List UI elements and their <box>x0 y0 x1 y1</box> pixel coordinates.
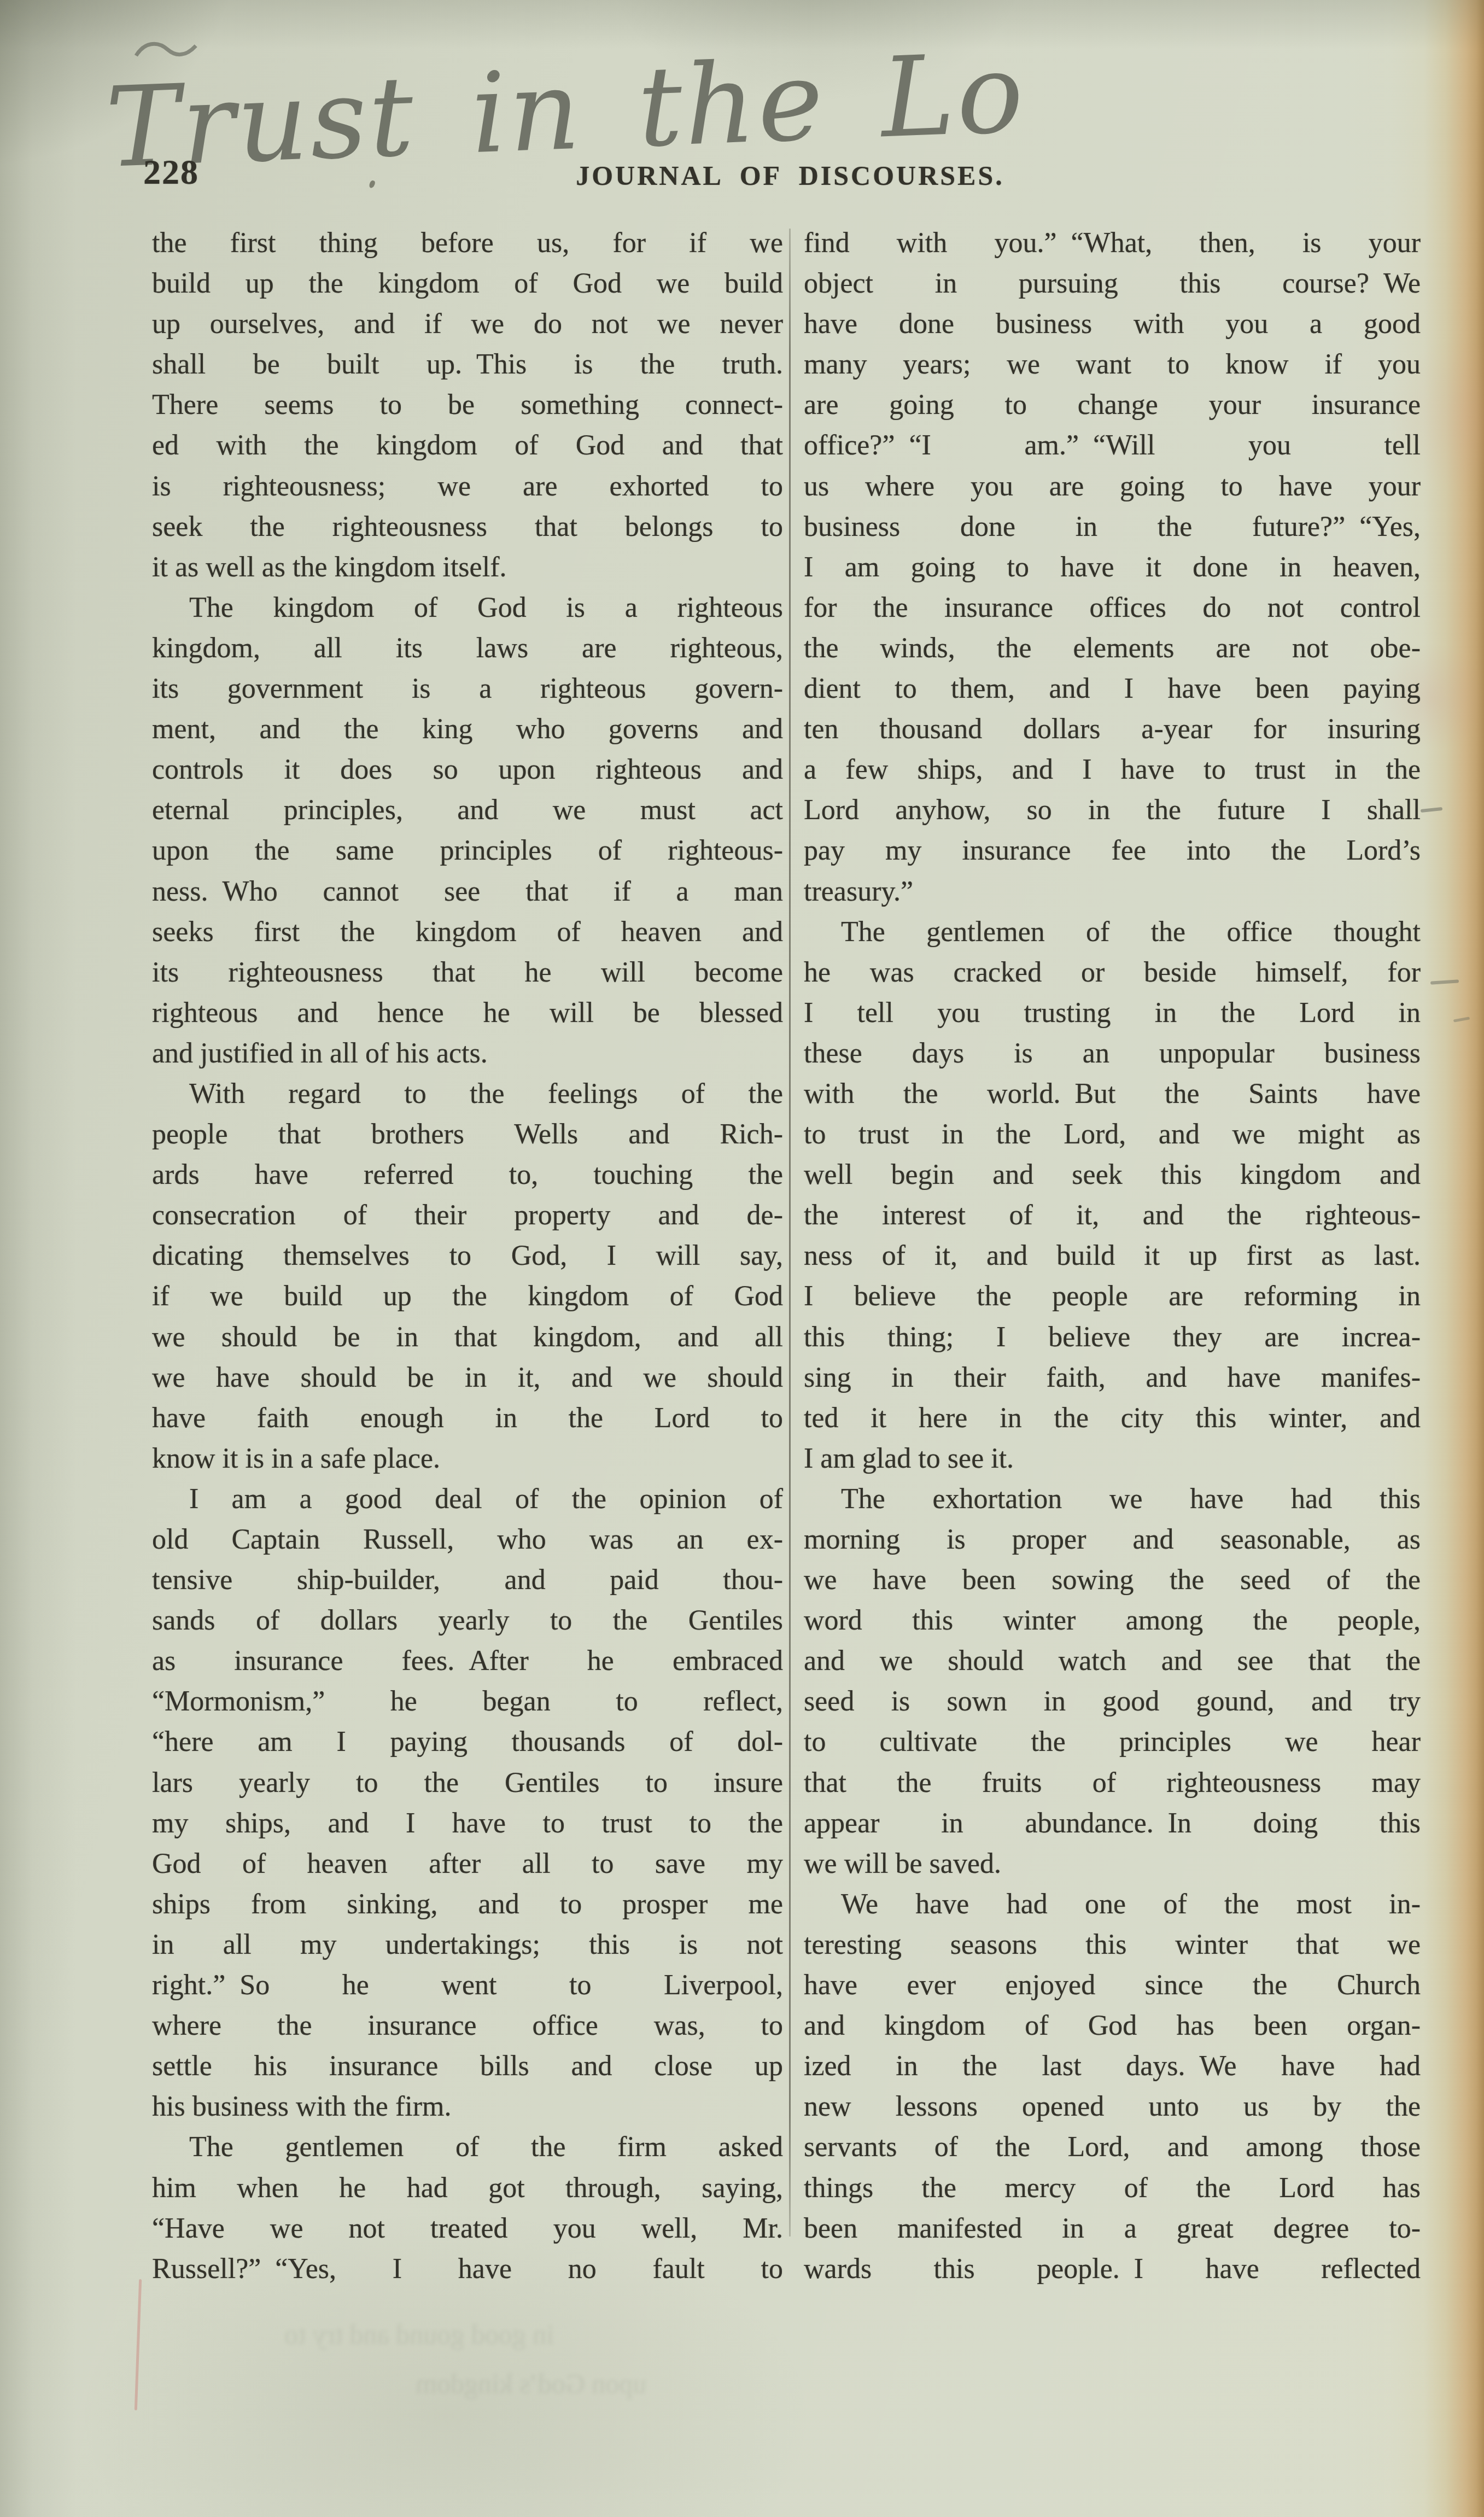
pencil-margin-mark <box>1453 1017 1470 1022</box>
text-line: people that brothers Wells and Rich- <box>152 1114 783 1155</box>
text-line: I am a good deal of the opinion of <box>152 1479 783 1520</box>
text-line: right.” So he went to Liverpool, <box>152 1965 783 2006</box>
page-showthrough: upon God’s kingdom <box>416 2368 646 2399</box>
text-line: and kingdom of God has been organ- <box>804 2006 1421 2046</box>
page-number: 228 <box>143 152 199 192</box>
text-line: word this winter among the people, <box>804 1601 1421 1641</box>
text-line: I believe the people are reforming in <box>804 1276 1421 1317</box>
text-line: seeks first the kingdom of heaven and <box>152 912 783 953</box>
text-line: tensive ship-builder, and paid thou- <box>152 1560 783 1601</box>
text-line: eternal principles, and we must act <box>152 790 783 831</box>
text-line: is righteousness; we are exhorted to <box>152 466 783 507</box>
text-line: “Mormonism,” he began to reflect, <box>152 1681 783 1722</box>
text-line: wards this people. I have reflected <box>804 2249 1421 2290</box>
text-line: to trust in the Lord, and we might as <box>804 1114 1421 1155</box>
text-line: we have should be in it, and we should <box>152 1358 783 1398</box>
text-line: with the world. But the Saints have <box>804 1074 1421 1114</box>
text-line: treasury.” <box>804 872 1421 912</box>
text-line: “here am I paying thousands of dol- <box>152 1722 783 1762</box>
text-line: teresting seasons this winter that we <box>804 1925 1421 1965</box>
text-line: pay my insurance fee into the Lord’s <box>804 831 1421 871</box>
right-column: find with you.” “What, then, is yourobje… <box>804 223 1421 2290</box>
text-line: this thing; I believe they are increa- <box>804 1317 1421 1358</box>
text-line: its righteousness that he will become <box>152 953 783 993</box>
text-line: for the insurance offices do not control <box>804 588 1421 628</box>
text-line: With regard to the feelings of the <box>152 1074 783 1114</box>
text-line: he was cracked or beside himself, for <box>804 953 1421 993</box>
text-line: morning is proper and seasonable, as <box>804 1520 1421 1560</box>
text-line: ships from sinking, and to prosper me <box>152 1884 783 1925</box>
text-line: The kingdom of God is a righteous <box>152 588 783 628</box>
text-line: dient to them, and I have been paying <box>804 669 1421 709</box>
text-line: we will be saved. <box>804 1844 1421 1884</box>
text-line: ness. Who cannot see that if a man <box>152 872 783 912</box>
text-line: where the insurance office was, to <box>152 2006 783 2046</box>
text-line: sands of dollars yearly to the Gentiles <box>152 1601 783 1641</box>
text-line: The exhortation we have had this <box>804 1479 1421 1520</box>
text-line: business done in the future?” “Yes, <box>804 507 1421 547</box>
text-line: build up the kingdom of God we build <box>152 264 783 304</box>
text-line: ness of it, and build it up first as las… <box>804 1236 1421 1276</box>
text-line: There seems to be something connect- <box>152 385 783 425</box>
text-line: I tell you trusting in the Lord in <box>804 993 1421 1033</box>
text-line: its government is a righteous govern- <box>152 669 783 709</box>
text-line: shall be built up. This is the truth. <box>152 344 783 385</box>
text-line: The gentlemen of the firm asked <box>152 2127 783 2168</box>
text-line: ized in the last days. We have had <box>804 2046 1421 2087</box>
text-line: Russell?” “Yes, I have no fault to <box>152 2249 783 2290</box>
pencil-margin-mark <box>1421 807 1442 813</box>
text-line: We have had one of the most in- <box>804 1884 1421 1925</box>
text-line: Lord anyhow, so in the future I shall <box>804 790 1421 831</box>
page-showthrough: in good gound and try to <box>284 2319 554 2350</box>
text-line: in all my undertakings; this is not <box>152 1925 783 1965</box>
text-line: up ourselves, and if we do not we never <box>152 304 783 344</box>
text-line: that the fruits of righteousness may <box>804 1763 1421 1803</box>
text-line: and we should watch and see that the <box>804 1641 1421 1681</box>
text-line: the first thing before us, for if we <box>152 223 783 264</box>
text-line: I am glad to see it. <box>804 1439 1421 1479</box>
text-line: sing in their faith, and have manifes- <box>804 1358 1421 1398</box>
text-line: God of heaven after all to save my <box>152 1844 783 1884</box>
pencil-margin-mark <box>1430 979 1459 985</box>
text-line: ted it here in the city this winter, and <box>804 1398 1421 1439</box>
text-line: lars yearly to the Gentiles to insure <box>152 1763 783 1803</box>
text-line: these days is an unpopular business <box>804 1033 1421 1074</box>
text-line: things the mercy of the Lord has <box>804 2168 1421 2209</box>
text-line: find with you.” “What, then, is your <box>804 223 1421 264</box>
text-line: as insurance fees. After he embraced <box>152 1641 783 1681</box>
text-line: the interest of it, and the righteous- <box>804 1195 1421 1236</box>
column-divider-rule <box>789 229 791 2236</box>
text-line: settle his insurance bills and close up <box>152 2046 783 2087</box>
text-line: office?” “I am.” “Will you tell <box>804 425 1421 466</box>
text-line: are going to change your insurance <box>804 385 1421 425</box>
text-line: his business with the firm. <box>152 2087 783 2127</box>
text-line: controls it does so upon righteous and <box>152 750 783 790</box>
text-line: a few ships, and I have to trust in the <box>804 750 1421 790</box>
text-line: the winds, the elements are not obe- <box>804 628 1421 669</box>
left-column: the first thing before us, for if webuil… <box>152 223 783 2290</box>
text-line: many years; we want to know if you <box>804 344 1421 385</box>
text-line: kingdom, all its laws are righteous, <box>152 628 783 669</box>
text-line: ed with the kingdom of God and that <box>152 425 783 466</box>
text-line: appear in abundance. In doing this <box>804 1803 1421 1844</box>
text-line: ten thousand dollars a-year for insuring <box>804 709 1421 750</box>
journal-header-title: JOURNAL OF DISCOURSES. <box>576 160 1004 191</box>
pencil-tilde-mark <box>136 42 196 56</box>
text-line: upon the same principles of righteous- <box>152 831 783 871</box>
text-line: dicating themselves to God, I will say, <box>152 1236 783 1276</box>
book-page: Trust in the Lord — 228 JOURNAL OF DISCO… <box>0 0 1484 2517</box>
text-line: I am going to have it done in heaven, <box>804 547 1421 588</box>
text-line: “Have we not treated you well, Mr. <box>152 2209 783 2249</box>
text-line: consecration of their property and de- <box>152 1195 783 1236</box>
text-line: object in pursuing this course? We <box>804 264 1421 304</box>
text-line: know it is in a safe place. <box>152 1439 783 1479</box>
text-line: us where you are going to have your <box>804 466 1421 507</box>
text-line: old Captain Russell, who was an ex- <box>152 1520 783 1560</box>
text-line: seed is sown in good gound, and try <box>804 1681 1421 1722</box>
text-line: we should be in that kingdom, and all <box>152 1317 783 1358</box>
text-line: it as well as the kingdom itself. <box>152 547 783 588</box>
text-line: have done business with you a good <box>804 304 1421 344</box>
text-line: and justified in all of his acts. <box>152 1033 783 1074</box>
text-line: righteous and hence he will be blessed <box>152 993 783 1033</box>
text-line: have ever enjoyed since the Church <box>804 1965 1421 2006</box>
text-line: servants of the Lord, and among those <box>804 2127 1421 2168</box>
text-line: to cultivate the principles we hear <box>804 1722 1421 1762</box>
text-line: been manifested in a great degree to- <box>804 2209 1421 2249</box>
text-line: ment, and the king who governs and <box>152 709 783 750</box>
text-line: new lessons opened unto us by the <box>804 2087 1421 2127</box>
red-pencil-mark <box>135 2279 142 2410</box>
text-line: my ships, and I have to trust to the <box>152 1803 783 1844</box>
text-line: if we build up the kingdom of God <box>152 1276 783 1317</box>
text-line: have faith enough in the Lord to <box>152 1398 783 1439</box>
text-line: him when he had got through, saying, <box>152 2168 783 2209</box>
text-line: The gentlemen of the office thought <box>804 912 1421 953</box>
text-line: seek the righteousness that belongs to <box>152 507 783 547</box>
text-line: well begin and seek this kingdom and <box>804 1155 1421 1195</box>
text-line: we have been sowing the seed of the <box>804 1560 1421 1601</box>
text-line: ards have referred to, touching the <box>152 1155 783 1195</box>
